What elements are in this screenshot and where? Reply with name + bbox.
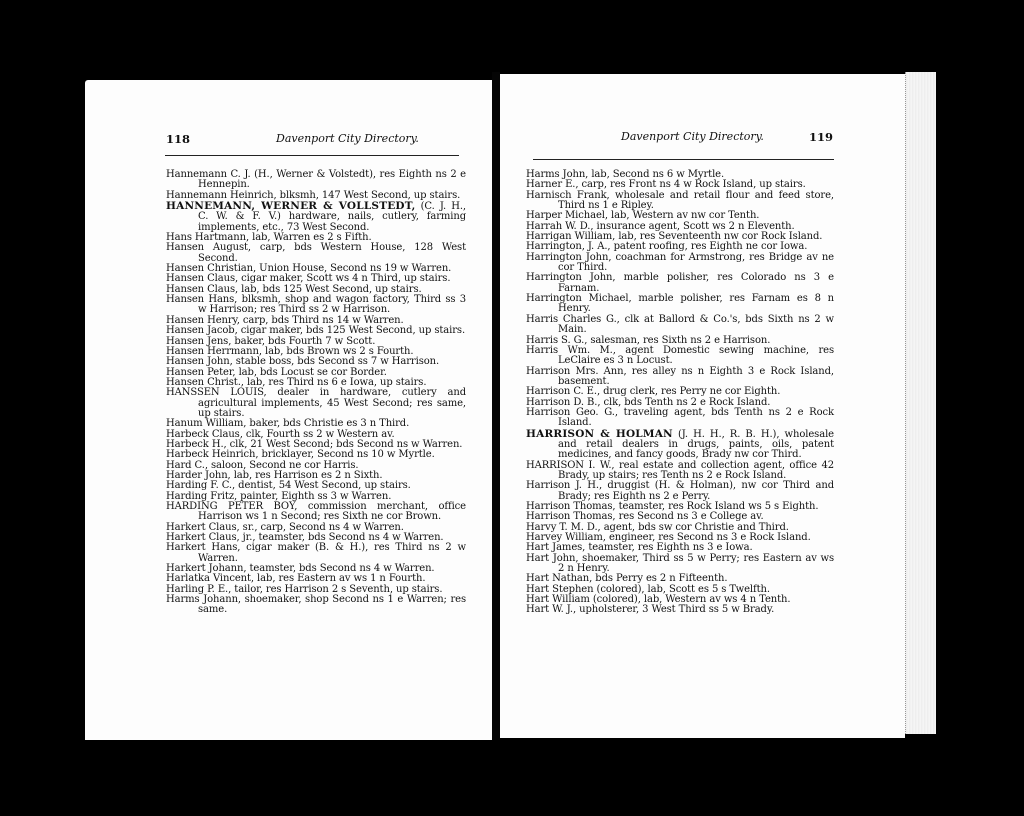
entry-text: Harrington John, marble polisher, res Co… [526,272,834,293]
business-name: HANNEMANN, WERNER & VOLLSTEDT, [166,200,415,212]
entry-text: Harrison Thomas, res Second ns 3 e Colle… [526,511,764,522]
entry-text: Hart W. J., upholsterer, 3 West Third ss… [526,604,774,615]
running-head-title: Davenport City Directory. [276,132,419,145]
directory-entry: HARRISON & HOLMAN (J. H. H., R. B. H.), … [526,429,834,461]
entry-text: Harrington, J. A., patent roofing, res E… [526,241,807,252]
entry-text: Hansen Claus, lab, bds 125 West Second, … [166,284,422,295]
entry-text: Harkert Claus, sr., carp, Second ns 4 w … [166,522,404,533]
header-rule [165,155,459,156]
entry-text: Harnisch Frank, wholesale and retail flo… [526,190,834,211]
left-page: 118 Davenport City Directory. Hannemann … [85,80,492,740]
entry-text: Harner E., carp, res Front ns 4 w Rock I… [526,179,806,190]
directory-entry: Harrison Geo. G., traveling agent, bds T… [526,408,834,429]
entry-text: Harbeck H., clk, 21 West Second; bds Sec… [166,439,462,450]
directory-entry: Harrington John, marble polisher, res Co… [526,273,834,294]
page-edge-stack [905,72,936,734]
entry-text: Harrington Michael, marble polisher, res… [526,293,834,314]
entry-text: Hansen Peter, lab, bds Locust se cor Bor… [166,367,387,378]
directory-entry: Harris Wm. M., agent Domestic sewing mac… [526,346,834,367]
directory-entry: Harrison Mrs. Ann, res alley ns n Eighth… [526,367,834,388]
directory-entry: Harrison J. H., druggist (H. & Holman), … [526,481,834,502]
entry-text: Harrah W. D., insurance agent, Scott ws … [526,221,795,232]
entry-text: Hard C., saloon, Second ne cor Harris. [166,460,359,471]
directory-entry: Hansen Hans, blksmh, shop and wagon fact… [166,295,466,316]
directory-entry: HANSSEN LOUIS, dealer in hardware, cutle… [166,388,466,419]
entry-text: Hansen August, carp, bds Western House, … [166,242,466,263]
entry-text: Harrington John, coachman for Armstrong,… [526,252,834,273]
entry-text: HARRISON I. W., real estate and collecti… [526,460,834,481]
entry-text: Harkert Hans, cigar maker (B. & H.), res… [166,542,466,563]
entry-text: Harrison D. B., clk, bds Tenth ns 2 e Ro… [526,397,770,408]
directory-entry: HARDING PETER BOY, commission merchant, … [166,502,466,523]
entry-text: Hansen Christian, Union House, Second ns… [166,263,451,274]
entry-text: Harris S. G., salesman, res Sixth ns 2 e… [526,335,770,346]
entry-text: Harrison J. H., druggist (H. & Holman), … [526,480,834,501]
directory-entry: Harrington John, coachman for Armstrong,… [526,253,834,274]
entry-text: Hart Nathan, bds Perry es 2 n Fifteenth. [526,573,727,584]
entry-text: Hansen Hans, blksmh, shop and wagon fact… [166,294,466,315]
entry-text: Harrison Mrs. Ann, res alley ns n Eighth… [526,366,834,387]
entry-text: HARDING PETER BOY, commission merchant, … [166,501,466,522]
directory-entry: Harrington Michael, marble polisher, res… [526,294,834,315]
directory-entry: Hansen August, carp, bds Western House, … [166,243,466,264]
entry-text: Harrison Thomas, teamster, res Rock Isla… [526,501,818,512]
entry-text: Harrigan William, lab, res Seventeenth n… [526,231,822,242]
entry-text: Hansen Jacob, cigar maker, bds 125 West … [166,325,465,336]
page-number: 119 [809,130,833,144]
entry-text: Hansen Christ., lab, res Third ns 6 e Io… [166,377,426,388]
directory-entry: Harms Johann, shoemaker, shop Second ns … [166,595,466,616]
entry-text: Hannemann C. J. (H., Werner & Volstedt),… [166,169,466,190]
entry-text: Hart Stephen (colored), lab, Scott es 5 … [526,584,770,595]
entry-text: Harms Johann, shoemaker, shop Second ns … [166,594,466,615]
entry-text: Hansen Henry, carp, bds Third ns 14 w Wa… [166,315,404,326]
entry-text: HANSSEN LOUIS, dealer in hardware, cutle… [166,387,466,419]
directory-entry: HARRISON I. W., real estate and collecti… [526,461,834,482]
directory-entry: Harnisch Frank, wholesale and retail flo… [526,191,834,212]
entry-text: Harlatka Vincent, lab, res Eastern av ws… [166,573,425,584]
entry-text: Harris Wm. M., agent Domestic sewing mac… [526,345,834,366]
entry-text: Hansen John, stable boss, bds Second ss … [166,356,439,367]
entry-text: Harkert Johann, teamster, bds Second ns … [166,563,435,574]
entry-text: Hart William (colored), lab, Western av … [526,594,790,605]
entry-text: Harding F. C., dentist, 54 West Second, … [166,480,411,491]
entry-text: Hansen Herrmann, lab, bds Brown ws 2 s F… [166,346,413,357]
entry-text: Hart James, teamster, res Eighth ns 3 e … [526,542,753,553]
entry-text: Harling P. E., tailor, res Harrison 2 s … [166,584,442,595]
entry-text: Harrison Geo. G., traveling agent, bds T… [526,407,834,428]
running-head-title: Davenport City Directory. [621,130,764,143]
entry-text: Hanum William, baker, bds Christie es 3 … [166,418,409,429]
directory-entries: Hannemann C. J. (H., Werner & Volstedt),… [166,170,466,616]
directory-entry: Hart W. J., upholsterer, 3 West Third ss… [526,605,834,615]
entry-text: Harbeck Claus, clk, Fourth ss 2 w Wester… [166,429,395,440]
entry-text: Harper Michael, lab, Western av nw cor T… [526,210,759,221]
directory-entry: Hart John, shoemaker, Third ss 5 w Perry… [526,554,834,575]
book-gutter [492,72,500,740]
directory-entry: Harris Charles G., clk at Ballord & Co.'… [526,315,834,336]
business-name: HARRISON & HOLMAN [526,428,673,440]
entry-text: Hansen Claus, cigar maker, Scott ws 4 n … [166,273,450,284]
entry-text: Hannemann Heinrich, blksmh, 147 West Sec… [166,190,460,201]
entry-text: Harvey William, engineer, res Second ns … [526,532,811,543]
directory-entry: HANNEMANN, WERNER & VOLLSTEDT, (C. J. H.… [166,201,466,233]
right-page: Davenport City Directory. 119 Harms John… [500,74,905,738]
entry-text: Harding Fritz, painter, Eighth ss 3 w Wa… [166,491,391,502]
page-number: 118 [166,132,190,146]
running-head: 118 Davenport City Directory. [85,132,492,152]
directory-entry: Hannemann C. J. (H., Werner & Volstedt),… [166,170,466,191]
entry-text: Harms John, lab, Second ns 6 w Myrtle. [526,169,724,180]
running-head: Davenport City Directory. 119 [500,126,905,146]
directory-entries: Harms John, lab, Second ns 6 w Myrtle.Ha… [526,170,834,616]
entry-text: Harris Charles G., clk at Ballord & Co.'… [526,314,834,335]
header-rule [533,159,834,160]
entry-text: Harvy T. M. D., agent, bds sw cor Christ… [526,522,789,533]
entry-text: Hart John, shoemaker, Third ss 5 w Perry… [526,553,834,574]
entry-text: Hansen Jens, baker, bds Fourth 7 w Scott… [166,336,375,347]
entry-text: Harbeck Heinrich, bricklayer, Second ns … [166,449,435,460]
directory-entry: Harkert Hans, cigar maker (B. & H.), res… [166,543,466,564]
entry-text: Harder John, lab, res Harrison es 2 n Si… [166,470,382,481]
entry-text: Hans Hartmann, lab, Warren es 2 s Fifth. [166,232,372,243]
entry-text: Harkert Claus, jr., teamster, bds Second… [166,532,444,543]
entry-text: Harrison C. E., drug clerk, res Perry ne… [526,386,780,397]
